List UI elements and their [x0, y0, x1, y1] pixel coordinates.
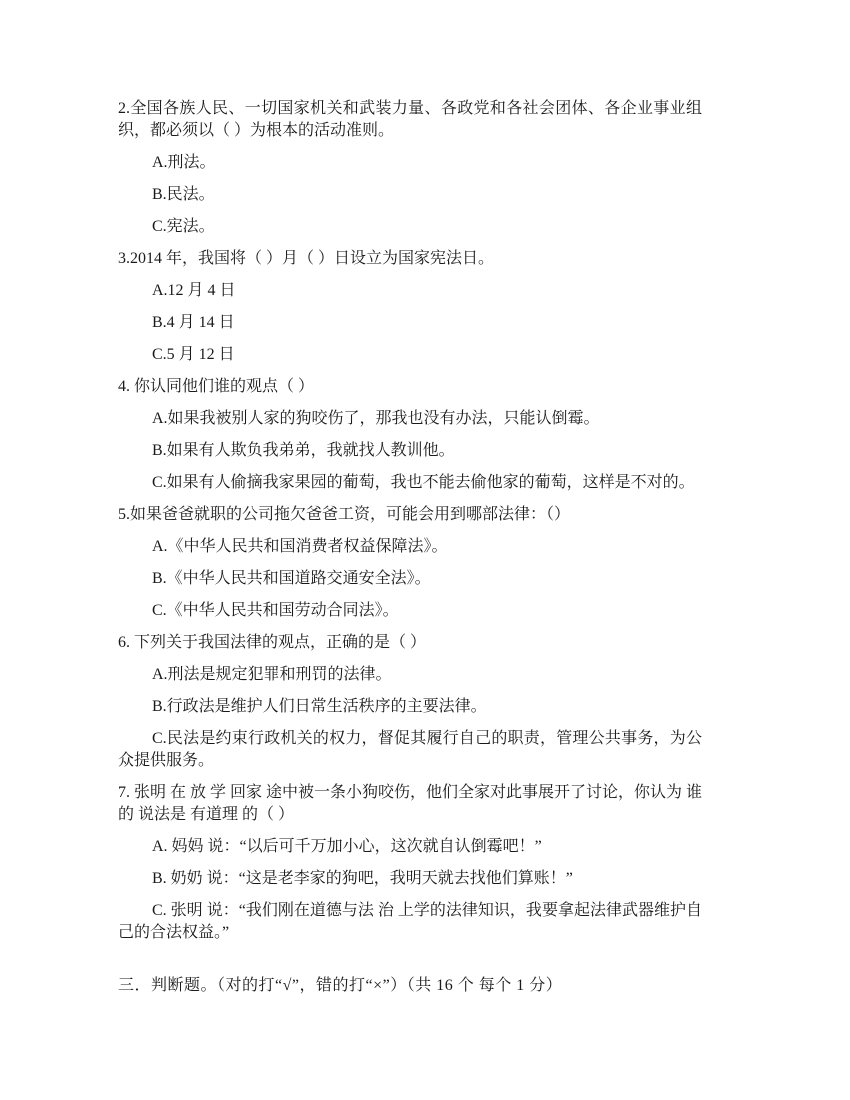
question-7-option-a: A. 妈妈 说：“以后可千万加小心，这次就自认倒霉吧！” — [118, 836, 702, 858]
question-6-option-b: B.行政法是维护人们日常生活秩序的主要法律。 — [118, 696, 702, 718]
question-7-option-c: C. 张明 说：“我们刚在道德与法 治 上学的法律知识，我要拿起法律武器维护自己… — [118, 900, 702, 944]
question-6-text: 6. 下列关于我国法律的观点，正确的是（ ） — [118, 632, 702, 654]
question-block-4: 4. 你认同他们谁的观点（ ） A.如果我被别人家的狗咬伤了，那我也没有办法，只… — [118, 376, 702, 494]
question-7-text: 7. 张明 在 放 学 回家 途中被一条小狗咬伤，他们全家对此事展开了讨论，你认… — [118, 782, 702, 826]
question-4-option-c: C.如果有人偷摘我家果园的葡萄，我也不能去偷他家的葡萄，这样是不对的。 — [118, 472, 702, 494]
question-5-text: 5.如果爸爸就职的公司拖欠爸爸工资，可能会用到哪部法律：（） — [118, 504, 702, 526]
question-5-option-a: A.《中华人民共和国消费者权益保障法》。 — [118, 536, 702, 558]
question-block-2: 2.全国各族人民、一切国家机关和武装力量、各政党和各社会团体、各企业事业组织，都… — [118, 98, 702, 238]
question-4-text: 4. 你认同他们谁的观点（ ） — [118, 376, 702, 398]
question-5-option-c: C.《中华人民共和国劳动合同法》。 — [118, 600, 702, 622]
question-block-5: 5.如果爸爸就职的公司拖欠爸爸工资，可能会用到哪部法律：（） A.《中华人民共和… — [118, 504, 702, 622]
question-5-option-b: B.《中华人民共和国道路交通安全法》。 — [118, 568, 702, 590]
question-2-text: 2.全国各族人民、一切国家机关和武装力量、各政党和各社会团体、各企业事业组织，都… — [118, 98, 702, 142]
question-6-option-c: C.民法是约束行政机关的权力，督促其履行自己的职责，管理公共事务，为公众提供服务… — [118, 728, 702, 772]
question-6-option-a: A.刑法是规定犯罪和刑罚的法律。 — [118, 664, 702, 686]
question-block-6: 6. 下列关于我国法律的观点，正确的是（ ） A.刑法是规定犯罪和刑罚的法律。 … — [118, 632, 702, 772]
section-heading-judgment: 三．判断题。（对的打“√”，错的打“×”）（共 16 个 每个 1 分） — [118, 975, 702, 997]
question-4-option-b: B.如果有人欺负我弟弟，我就找人教训他。 — [118, 440, 702, 462]
question-block-3: 3.2014 年，我国将（ ）月（ ）日设立为国家宪法日。 A.12 月 4 日… — [118, 248, 702, 366]
question-7-option-b: B. 奶奶 说：“这是老李家的狗吧，我明天就去找他们算账！” — [118, 868, 702, 890]
question-2-option-a: A.刑法。 — [118, 152, 702, 174]
question-2-option-c: C.宪法。 — [118, 216, 702, 238]
question-block-7: 7. 张明 在 放 学 回家 途中被一条小狗咬伤，他们全家对此事展开了讨论，你认… — [118, 782, 702, 944]
question-3-text: 3.2014 年，我国将（ ）月（ ）日设立为国家宪法日。 — [118, 248, 702, 270]
document-page: 2.全国各族人民、一切国家机关和武装力量、各政党和各社会团体、各企业事业组织，都… — [0, 0, 850, 1100]
question-3-option-b: B.4 月 14 日 — [118, 312, 702, 334]
question-2-option-b: B.民法。 — [118, 184, 702, 206]
question-3-option-c: C.5 月 12 日 — [118, 344, 702, 366]
question-3-option-a: A.12 月 4 日 — [118, 280, 702, 302]
question-4-option-a: A.如果我被别人家的狗咬伤了，那我也没有办法，只能认倒霉。 — [118, 408, 702, 430]
